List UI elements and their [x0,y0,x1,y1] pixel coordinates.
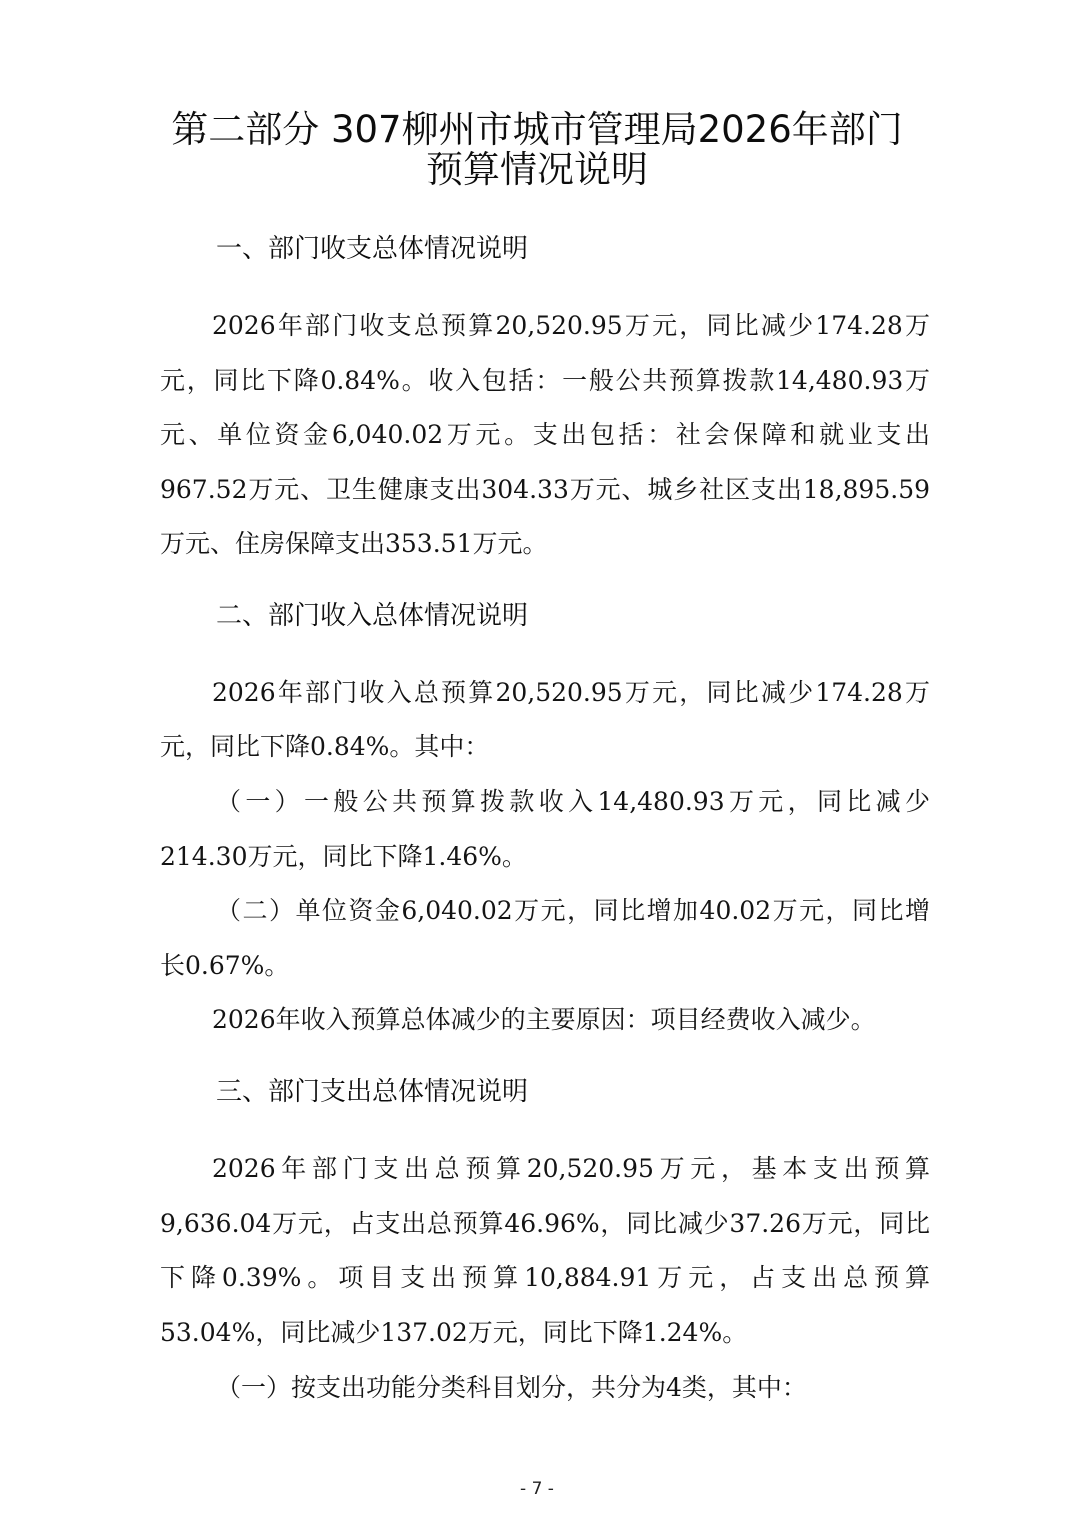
paragraph-line: 元、单位资金6,040.02万元。支出包括：社会保障和就业支出 [160,418,930,452]
page-title-line-2: 预算情况说明 [0,148,1074,192]
paragraph-line: 长0.67%。 [160,949,289,983]
paragraph-line: 2026年部门支出总预算20,520.95万元，基本支出预算 [212,1152,930,1186]
paragraph-line: 下降0.39%。项目支出预算10,884.91万元，占支出总预算 [160,1261,930,1295]
paragraph-line: （二）单位资金6,040.02万元，同比增加40.02万元，同比增 [216,894,930,928]
section-heading-2: 二、部门收入总体情况说明 [216,599,528,633]
section-heading-3: 三、部门支出总体情况说明 [216,1075,528,1109]
paragraph-line: （一）按支出功能分类科目划分，共分为4类，其中： [216,1371,807,1405]
paragraph-line: 214.30万元，同比下降1.46%。 [160,840,527,874]
section-heading-1: 一、部门收支总体情况说明 [216,232,528,266]
page-number: - 7 - [0,1478,1074,1500]
paragraph-line: 9,636.04万元，占支出总预算46.96%，同比减少37.26万元，同比 [160,1207,930,1241]
paragraph-line: （一）一般公共预算拨款收入14,480.93万元，同比减少 [216,785,930,819]
paragraph-line: 53.04%，同比减少137.02万元，同比下降1.24%。 [160,1316,747,1350]
document-page: 第二部分 307柳州市城市管理局2026年部门 预算情况说明 一、部门收支总体情… [0,0,1074,1520]
paragraph-line: 967.52万元、卫生健康支出304.33万元、城乡社区支出18,895.59 [160,473,930,507]
page-title-line-1: 第二部分 307柳州市城市管理局2026年部门 [0,108,1074,152]
paragraph-line: 2026年部门收支总预算20,520.95万元，同比减少174.28万 [212,309,930,343]
paragraph-line: 元，同比下降0.84%。其中： [160,730,489,764]
paragraph-line: 2026年收入预算总体减少的主要原因：项目经费收入减少。 [212,1003,876,1037]
paragraph-line: 万元、住房保障支出353.51万元。 [160,527,547,561]
paragraph-line: 元，同比下降0.84%。收入包括：一般公共预算拨款14,480.93万 [160,364,930,398]
paragraph-line: 2026年部门收入总预算20,520.95万元，同比减少174.28万 [212,676,930,710]
